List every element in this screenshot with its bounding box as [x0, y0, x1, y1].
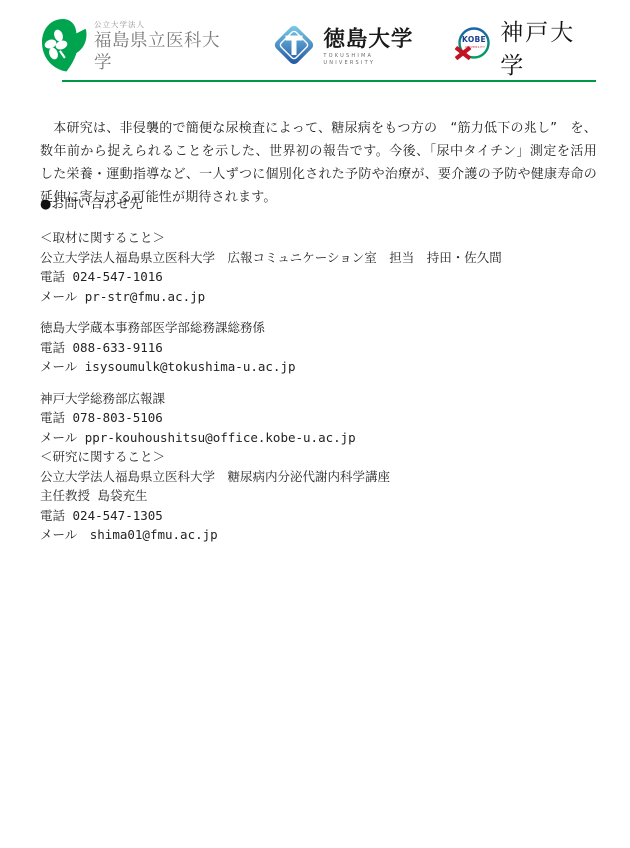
fukushima-medical-university-logo: 公立大学法人 福島県立医科大学	[40, 17, 232, 77]
contact-phone-line: 電話 024-547-1305	[40, 506, 597, 526]
fukushima-wordmark: 公立大学法人 福島県立医科大学	[94, 20, 232, 74]
kobe-emblem-top-text: KOBE	[462, 35, 486, 44]
contact-email-line: メール ppr-kouhoushitsu@office.kobe-u.ac.jp	[40, 428, 597, 448]
tokushima-name-label: 徳島大学	[323, 27, 424, 52]
contact-org-line: 徳島大学蔵本事務部医学部総務課総務係	[40, 318, 597, 338]
contact-phone-line: 電話 024-547-1016	[40, 267, 597, 287]
tokushima-contact-block: 徳島大学蔵本事務部医学部総務課総務係 電話 088-633-9116 メール i…	[40, 318, 597, 377]
press-release-page: 公立大学法人 福島県立医科大学	[0, 0, 630, 848]
fukushima-name-label: 福島県立医科大学	[94, 30, 232, 74]
contact-email-line: メール isysoumulk@tokushima-u.ac.jp	[40, 357, 597, 377]
kobe-contact-block: 神戸大学総務部広報課 電話 078-803-5106 メール ppr-kouho…	[40, 389, 597, 448]
contact-phone-line: 電話 078-803-5106	[40, 408, 597, 428]
press-section-heading: ＜取材に関すること＞	[40, 228, 597, 248]
contact-email-line: メール shima01@fmu.ac.jp	[40, 525, 597, 545]
research-section-heading: ＜研究に関すること＞	[40, 447, 597, 467]
kobe-wordmark: 神戸大学	[500, 14, 596, 80]
tokushima-university-logo: 徳島大学 TOKUSHIMA UNIVERSITY	[272, 23, 424, 71]
header-divider-line	[62, 80, 596, 82]
tokushima-diamond-icon	[272, 23, 316, 71]
fukushima-corp-type-label: 公立大学法人	[94, 20, 232, 30]
contact-org-line: 公立大学法人福島県立医科大学 糖尿病内分泌代謝内科学講座	[40, 467, 597, 487]
contact-org-line: 公立大学法人福島県立医科大学 広報コミュニケーション室 担当 持田・佐久間	[40, 248, 597, 268]
tokushima-english-label: TOKUSHIMA UNIVERSITY	[323, 53, 424, 67]
kobe-name-label: 神戸大学	[500, 20, 575, 79]
fukushima-contact-block: 公立大学法人福島県立医科大学 広報コミュニケーション室 担当 持田・佐久間 電話…	[40, 248, 597, 307]
contact-person-line: 主任教授 島袋充生	[40, 486, 597, 506]
contact-org-line: 神戸大学総務部広報課	[40, 389, 597, 409]
header-logos: 公立大学法人 福島県立医科大学	[40, 18, 596, 76]
contact-email-line: メール pr-str@fmu.ac.jp	[40, 287, 597, 307]
contact-section: ●お問い合わせ先 ＜取材に関すること＞ 公立大学法人福島県立医科大学 広報コミュ…	[40, 195, 597, 545]
research-contact-block: 公立大学法人福島県立医科大学 糖尿病内分泌代謝内科学講座 主任教授 島袋充生 電…	[40, 467, 597, 545]
fukushima-clover-icon	[40, 17, 88, 77]
press-inquiries-section: ＜取材に関すること＞ 公立大学法人福島県立医科大学 広報コミュニケーション室 担…	[40, 228, 597, 447]
contact-heading: ●お問い合わせ先	[40, 195, 597, 214]
kobe-emblem-icon: KOBE UNIVERSITY	[452, 24, 494, 70]
kobe-university-logo: KOBE UNIVERSITY 神戸大学	[452, 14, 596, 80]
tokushima-wordmark: 徳島大学 TOKUSHIMA UNIVERSITY	[323, 27, 424, 67]
contact-phone-line: 電話 088-633-9116	[40, 338, 597, 358]
research-inquiries-section: ＜研究に関すること＞ 公立大学法人福島県立医科大学 糖尿病内分泌代謝内科学講座 …	[40, 447, 597, 545]
